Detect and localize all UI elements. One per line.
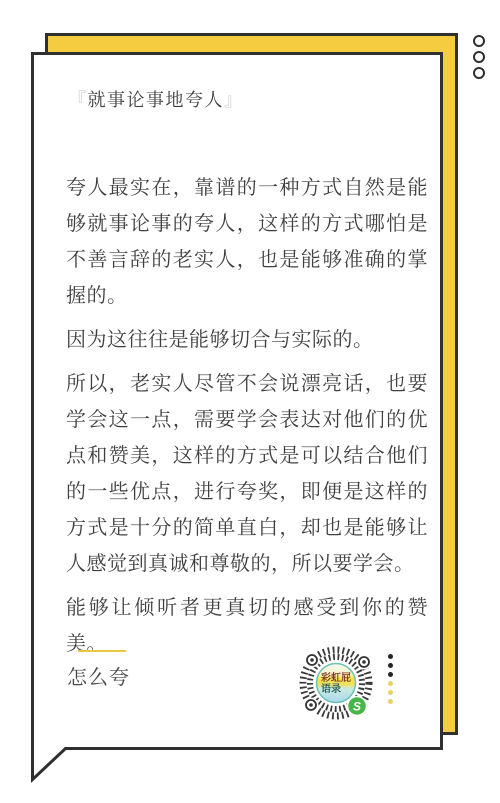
decorative-dot-column — [388, 654, 393, 708]
wechat-icon: S — [348, 697, 367, 716]
dot-icon — [388, 663, 393, 668]
accent-underline — [78, 650, 126, 652]
qr-code: 彩虹屁 语录 S — [298, 645, 374, 721]
ring-dot-icon — [473, 35, 485, 47]
quote-paragraph: 夸人最实在，靠谱的一种方式自然是能够就事论事的夸人，这样的方式哪怕是不善言辞的老… — [66, 170, 428, 314]
ring-dot-icon — [473, 51, 485, 63]
dot-icon — [388, 690, 393, 695]
qr-eye-icon — [357, 655, 372, 670]
dot-icon — [388, 699, 393, 704]
quote-title: 『就事论事地夸人』 — [68, 86, 244, 112]
quote-paragraph: 因为这往往是能够切合与实际的。 — [66, 322, 428, 358]
quote-card-page: { "card": { "title_open": "『", "title": … — [0, 0, 500, 803]
title-text: 就事论事地夸人 — [88, 90, 225, 110]
qr-center-label-line1: 彩虹屁 — [321, 671, 351, 684]
ring-dot-icon — [473, 67, 485, 79]
qr-eye-icon — [305, 653, 320, 668]
footer-label: 怎么夸 — [67, 661, 130, 690]
title-bracket-open: 『 — [68, 90, 88, 110]
title-bracket-close: 』 — [224, 90, 244, 110]
svg-text:S: S — [353, 700, 361, 714]
dot-icon — [388, 672, 393, 677]
qr-sunburst-icon: 彩虹屁 语录 S — [298, 645, 374, 721]
decorative-ring-dots — [473, 35, 485, 83]
qr-eye-icon — [304, 698, 319, 713]
quote-body: 夸人最实在，靠谱的一种方式自然是能够就事论事的夸人，这样的方式哪怕是不善言辞的老… — [66, 170, 428, 670]
dot-icon — [388, 681, 393, 686]
dot-icon — [388, 654, 393, 659]
quote-paragraph: 所以，老实人尽管不会说漂亮话，也要学会这一点，需要学会表达对他们的优点和赞美，这… — [66, 366, 428, 582]
qr-center-label-line2: 语录 — [321, 682, 341, 695]
